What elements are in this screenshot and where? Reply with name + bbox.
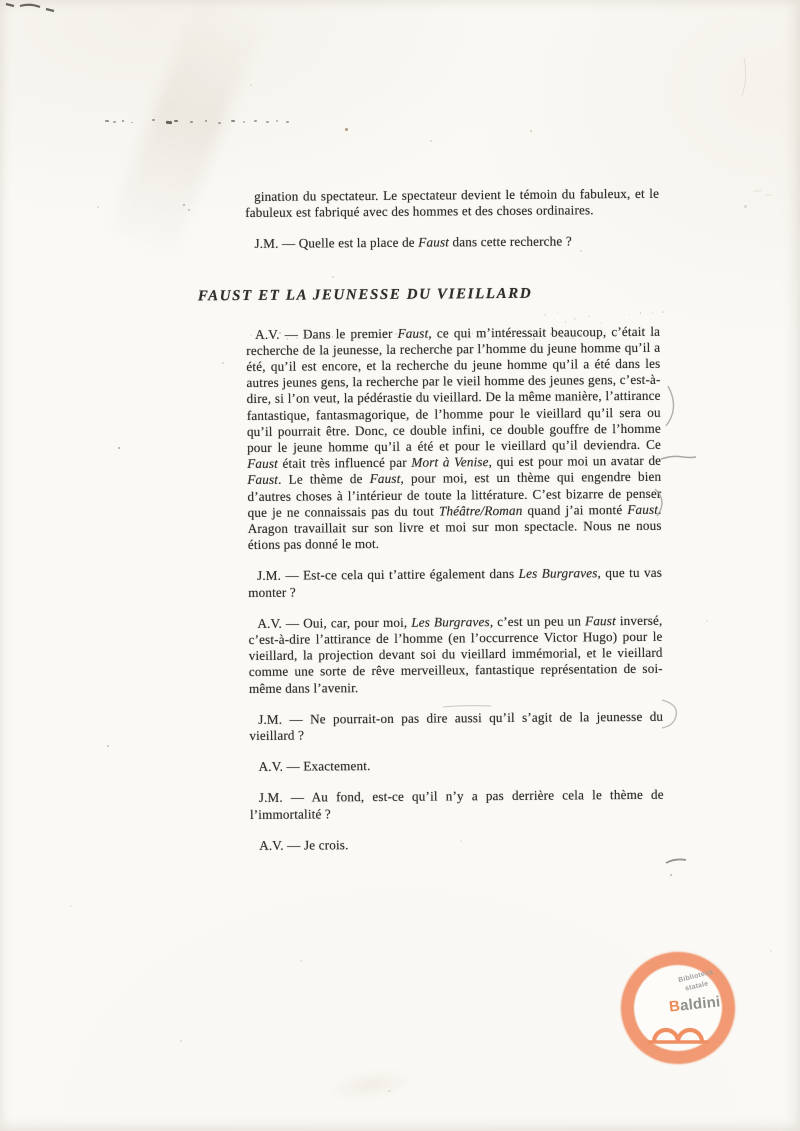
library-stamp: Biblioteca statale Baldini <box>621 952 735 1064</box>
page-text-block: gination du spectateur. Le spectateur de… <box>245 186 664 869</box>
dialogue-question: J.M. — Ne pourrait-on pas dire aussi qu’… <box>249 709 663 745</box>
dialogue-answer: A.V. — Je crois. <box>250 835 664 854</box>
dialogue-question: J.M. — Quelle est la place de Faust dans… <box>245 233 659 252</box>
stamp-library-text: statale <box>685 980 710 992</box>
scan-smudge <box>326 1065 415 1104</box>
dialogue-question: J.M. — Au fond, est-ce qu’il n’y a pas d… <box>250 787 664 823</box>
stamp-library-text: Biblioteca <box>678 969 714 984</box>
section-heading: FAUST ET LA JEUNESSE DU VIEILLARD <box>198 283 660 306</box>
dialogue-answer: A.V. — Dans le premier Faust, ce qui m’i… <box>246 323 662 553</box>
dialogue-question: J.M. — Est-ce cela qui t’attire égalemen… <box>248 565 662 601</box>
stamp-name: Baldini <box>668 993 721 1015</box>
dialogue-answer: A.V. — Exactement. <box>249 756 663 775</box>
scanned-page: gination du spectateur. Le spectateur de… <box>0 0 800 1131</box>
dialogue-answer: A.V. — Oui, car, pour moi, Les Burgraves… <box>248 613 663 697</box>
paragraph-continuation: gination du spectateur. Le spectateur de… <box>245 186 659 222</box>
open-book-icon <box>646 1014 710 1046</box>
stamp-ring-icon <box>621 952 735 1064</box>
scan-streak <box>108 1 261 255</box>
